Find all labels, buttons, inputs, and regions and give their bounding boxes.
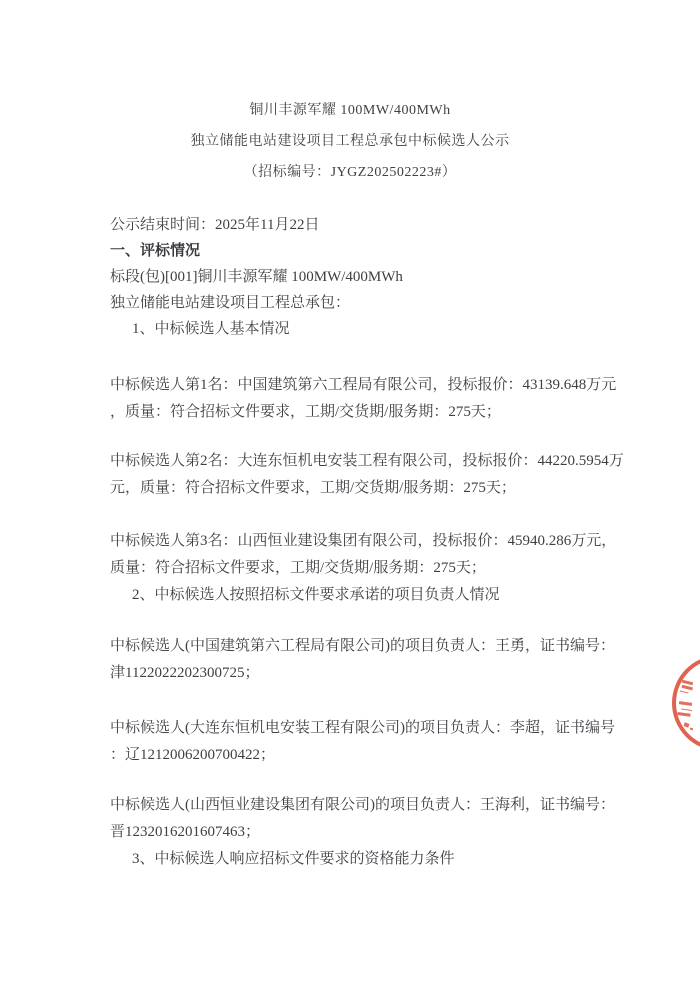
text-line: 一、评标情况 xyxy=(110,238,403,264)
text-line: 元，质量：符合招标文件要求，工期/交货期/服务期：275天； xyxy=(110,475,624,502)
text-line: 公示结束时间：2025年11月22日 xyxy=(110,212,403,238)
document-title: 铜川丰源军耀 100MW/400MWh 独立储能电站建设项目工程总承包中标候选人… xyxy=(0,95,700,188)
block-candidate-2: 中标候选人第2名：大连东恒机电安装工程有限公司，投标报价：44220.5954万… xyxy=(110,448,624,502)
text-line: ，质量：符合招标文件要求，工期/交货期/服务期：275天； xyxy=(110,399,616,426)
block-candidate-1: 中标候选人第1名：中国建筑第六工程局有限公司，投标报价：43139.648万元，… xyxy=(110,372,616,426)
text-line: 质量：符合招标文件要求，工期/交货期/服务期：275天； xyxy=(110,555,616,582)
text-line: 1、中标候选人基本情况 xyxy=(110,316,403,342)
title-line-3: （招标编号：JYGZ202502223#） xyxy=(0,157,700,188)
block-manager-3: 中标候选人(山西恒业建设集团有限公司)的项目负责人：王海利，证书编号：晋1232… xyxy=(110,792,615,873)
seal-ring-icon xyxy=(672,655,700,751)
block-candidate-3: 中标候选人第3名：山西恒业建设集团有限公司，投标报价：45940.286万元，质… xyxy=(110,528,616,609)
document-page: 铜川丰源军耀 100MW/400MWh 独立储能电站建设项目工程总承包中标候选人… xyxy=(0,0,700,989)
text-line: 中标候选人(大连东恒机电安装工程有限公司)的项目负责人：李超，证书编号 xyxy=(110,715,615,742)
text-line: 独立储能电站建设项目工程总承包： xyxy=(110,290,403,316)
text-line: 3、中标候选人响应招标文件要求的资格能力条件 xyxy=(110,846,615,873)
text-line: 津1122022202300725； xyxy=(110,660,615,687)
block-intro: 公示结束时间：2025年11月22日一、评标情况标段(包)[001]铜川丰源军耀… xyxy=(110,212,403,342)
block-manager-2: 中标候选人(大连东恒机电安装工程有限公司)的项目负责人：李超，证书编号：辽121… xyxy=(110,715,615,769)
text-line: 中标候选人(山西恒业建设集团有限公司)的项目负责人：王海利，证书编号： xyxy=(110,792,615,819)
title-line-1: 铜川丰源军耀 100MW/400MWh xyxy=(0,95,700,126)
seal-text-fragment xyxy=(683,722,689,727)
text-line: ：辽1212006200700422； xyxy=(110,742,615,769)
text-line: 标段(包)[001]铜川丰源军耀 100MW/400MWh xyxy=(110,264,403,290)
text-line: 中标候选人第2名：大连东恒机电安装工程有限公司，投标报价：44220.5954万 xyxy=(110,448,624,475)
title-line-2: 独立储能电站建设项目工程总承包中标候选人公示 xyxy=(0,126,700,157)
text-line: 2、中标候选人按照招标文件要求承诺的项目负责人情况 xyxy=(110,582,616,609)
official-seal-stamp xyxy=(672,655,700,751)
text-line: 中标候选人(中国建筑第六工程局有限公司)的项目负责人：王勇，证书编号： xyxy=(110,633,615,660)
text-line: 中标候选人第1名：中国建筑第六工程局有限公司，投标报价：43139.648万元 xyxy=(110,372,616,399)
text-line: 晋1232016201607463； xyxy=(110,819,615,846)
text-line: 中标候选人第3名：山西恒业建设集团有限公司，投标报价：45940.286万元， xyxy=(110,528,616,555)
seal-text-fragment xyxy=(682,680,693,686)
seal-text-fragment xyxy=(679,701,692,706)
block-manager-1: 中标候选人(中国建筑第六工程局有限公司)的项目负责人：王勇，证书编号：津1122… xyxy=(110,633,615,687)
